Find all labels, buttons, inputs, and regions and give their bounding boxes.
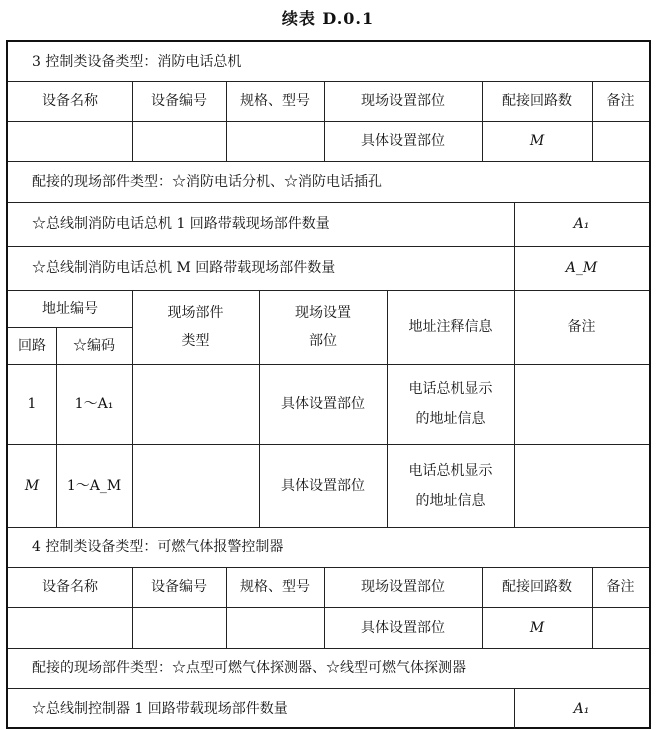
- section3-field-types: 配接的现场部件类型：☆消防电话分机、☆消防电话插孔: [8, 161, 649, 202]
- col-loop-count: 配接回路数: [482, 567, 592, 607]
- address-loop: M: [8, 444, 56, 527]
- col-remark: 备注: [592, 567, 649, 607]
- col-device-id: 设备编号: [132, 567, 226, 607]
- location-header: 现场设置 部位: [259, 290, 387, 364]
- col-spec-model: 规格、型号: [226, 81, 324, 121]
- address-location: 具体设置部位: [259, 364, 387, 444]
- table-title: 续表 D.0.1: [0, 6, 656, 29]
- col-location: 现场设置部位: [324, 567, 482, 607]
- col-device-name: 设备名称: [8, 567, 132, 607]
- cell-location: 具体设置部位: [324, 607, 482, 648]
- count-row-value: A₁: [514, 688, 649, 729]
- annotation-header: 地址注释信息: [387, 290, 514, 364]
- count-row-value: A_M: [514, 246, 649, 290]
- field-type-header: 现场部件 类型: [132, 290, 259, 364]
- col-remark: 备注: [592, 81, 649, 121]
- col-device-id: 设备编号: [132, 81, 226, 121]
- section4-header: 4 控制类设备类型：可燃气体报警控制器: [8, 527, 649, 567]
- cell-location: 具体设置部位: [324, 121, 482, 161]
- remark-header: 备注: [514, 290, 649, 364]
- col-device-name: 设备名称: [8, 81, 132, 121]
- section4-field-types: 配接的现场部件类型：☆点型可燃气体探测器、☆线型可燃气体探测器: [8, 648, 649, 688]
- address-code: 1～A₁: [56, 364, 132, 444]
- section3-header: 3 控制类设备类型：消防电话总机: [8, 42, 649, 81]
- address-code: 1～A_M: [56, 444, 132, 527]
- address-group-header: 地址编号: [8, 290, 132, 327]
- col-location: 现场设置部位: [324, 81, 482, 121]
- cell-loop-count: M: [482, 121, 592, 161]
- count-row-label: ☆总线制控制器 1 回路带载现场部件数量: [8, 688, 514, 729]
- col-loop-count: 配接回路数: [482, 81, 592, 121]
- address-code-header: ☆编码: [56, 327, 132, 364]
- col-spec-model: 规格、型号: [226, 567, 324, 607]
- count-row-label: ☆总线制消防电话总机 1 回路带载现场部件数量: [8, 202, 514, 246]
- address-annotation: 电话总机显示 的地址信息: [387, 444, 514, 527]
- count-row-label: ☆总线制消防电话总机 M 回路带载现场部件数量: [8, 246, 514, 290]
- address-loop: 1: [8, 364, 56, 444]
- count-row-value: A₁: [514, 202, 649, 246]
- address-annotation: 电话总机显示 的地址信息: [387, 364, 514, 444]
- address-loop-header: 回路: [8, 327, 56, 364]
- cell-loop-count: M: [482, 607, 592, 648]
- continued-table: 3 控制类设备类型：消防电话总机 设备名称 设备编号 规格、型号 现场设置部位 …: [6, 40, 651, 729]
- address-location: 具体设置部位: [259, 444, 387, 527]
